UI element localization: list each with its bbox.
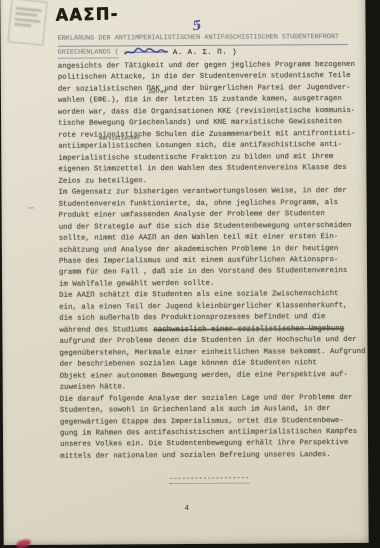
body-line: eigenen Stimmzettel in den Wahlen des St… [58, 163, 371, 176]
stamp-text-line [15, 17, 41, 23]
handwritten-page-mark: 5 [191, 18, 202, 34]
scanned-document: ΑΑΣΠ- 5 ERKLÄRUNG DER ANTIIMPERIALISTISC… [0, 0, 380, 548]
body-line: mittels der nationalen und sozialen Befr… [60, 450, 373, 463]
body-line: gramm für den Fall , daß sie in den Vors… [59, 266, 372, 279]
stamp-text-line [16, 6, 42, 12]
page-number: 4 [184, 505, 189, 513]
document-subtitle-line: GRIECHENLANDS ( Α. Α. Σ. Π. ) [58, 46, 237, 59]
paper-page: ΑΑΣΠ- 5 ERKLÄRUNG DER ANTIIMPERIALISTISC… [0, 0, 368, 545]
typewritten-body: angesichts der Tätigkeit und der gegen j… [58, 60, 373, 463]
subtitle-acronym: Α. Α. Σ. Π. ) [173, 48, 237, 58]
end-separator: ------------------- [169, 475, 249, 484]
stamp-text-line [15, 12, 38, 17]
interline-insertion: Jahren [148, 89, 167, 95]
archive-stamp [7, 0, 47, 46]
document-title-line: ERKLÄRUNG DER ANTIIMPERIALISTISCHEN ANTI… [58, 33, 348, 47]
blue-ink-scribble [123, 46, 169, 57]
interline-insertion: marxistischen [99, 135, 140, 141]
stamp-text-line [14, 23, 31, 28]
handwritten-note: ΑΑΣΠ- [55, 3, 119, 24]
subtitle-left-text: GRIECHENLANDS ( [58, 47, 119, 58]
margin-dash-mark: — [29, 204, 34, 213]
body-line: gegenüberstehen, Merkmale einer einheitl… [59, 347, 372, 360]
body-line: Objekt einer autonomen Bewegung werden, … [60, 370, 373, 383]
struck-through-text: nachweislich einer sozialistischen Umgeb… [153, 324, 344, 337]
